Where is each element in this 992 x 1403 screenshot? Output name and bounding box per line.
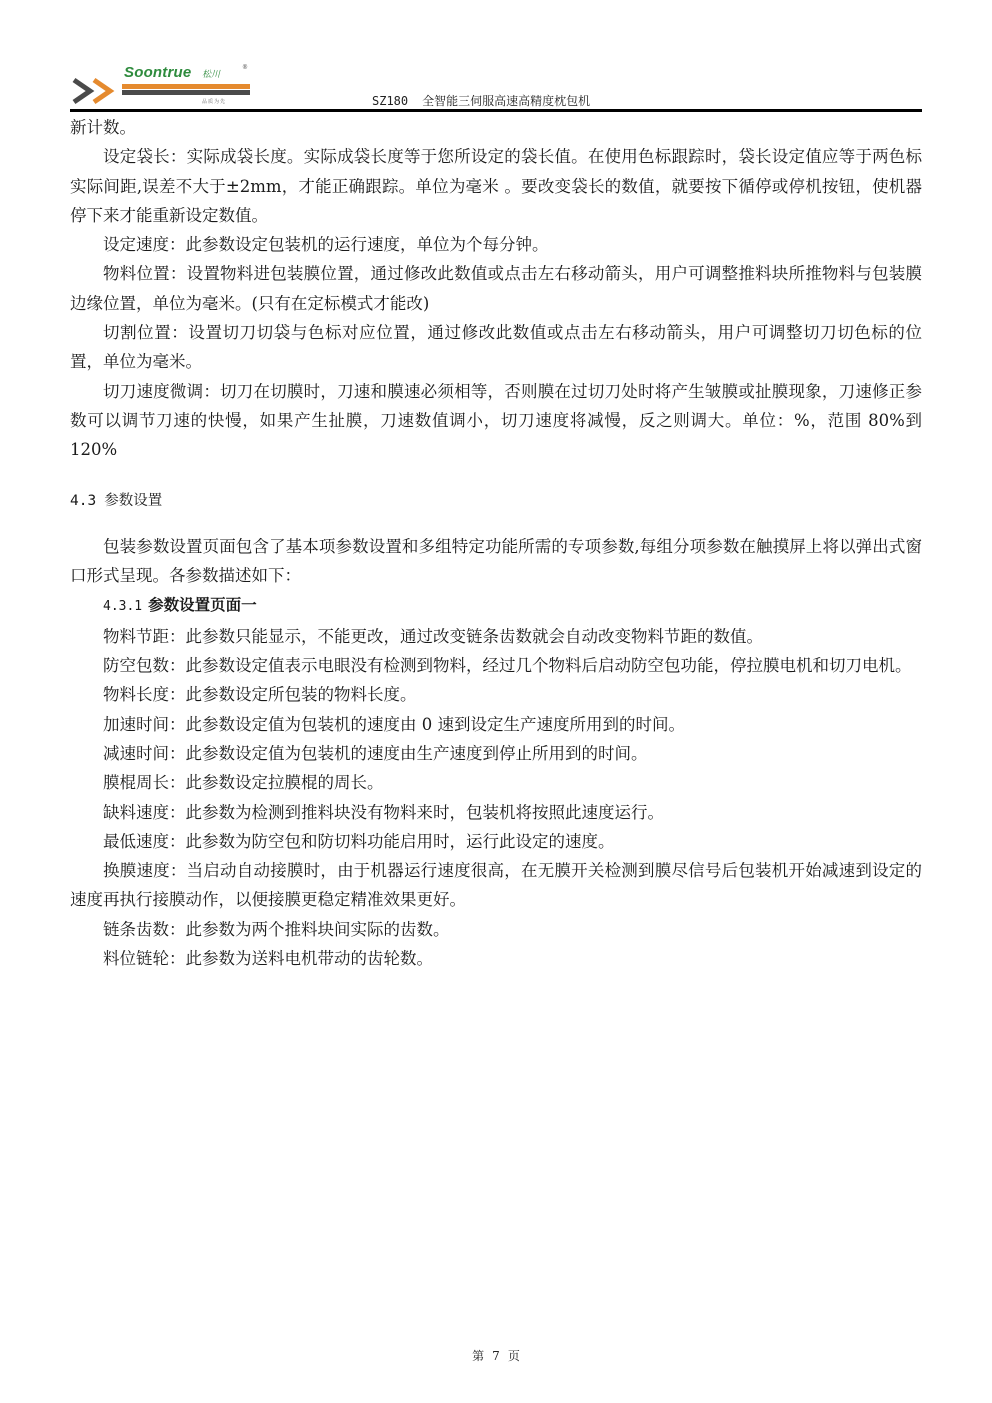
- param-chain-teeth: 链条齿数：此参数为两个推料块间实际的齿数。: [70, 915, 922, 944]
- logo-brand: Soontrue: [124, 64, 191, 81]
- document-title: SZ180全智能三伺服高速高精度枕包机: [372, 92, 590, 109]
- section-title: 参数设置: [104, 493, 162, 509]
- param-roller-circumference: 膜棍周长：此参数设定拉膜棍的周长。: [70, 768, 922, 797]
- param-anti-empty-count: 防空包数：此参数设定值表示电眼没有检测到物料，经过几个物料后启动防空包功能，停拉…: [70, 651, 922, 680]
- registered-mark: ®: [242, 64, 248, 71]
- section-intro: 包装参数设置页面包含了基本项参数设置和多组特定功能所需的专项参数,每组分项参数在…: [70, 532, 922, 591]
- paragraph-bag-length: 设定袋长：实际成袋长度。实际成袋长度等于您所设定的袋长值。在使用色标跟踪时，袋长…: [70, 142, 922, 230]
- subsection-heading: 4.3.1参数设置页面一: [70, 590, 922, 621]
- logo-tagline: 品质为先: [202, 98, 226, 105]
- param-material-length: 物料长度：此参数设定所包装的物料长度。: [70, 680, 922, 709]
- param-shortage-speed: 缺料速度：此参数为检测到推料块没有物料来时，包装机将按照此速度运行。: [70, 798, 922, 827]
- param-min-speed: 最低速度：此参数为防空包和防切料功能启用时，运行此设定的速度。: [70, 827, 922, 856]
- soontrue-logo: Soontrue 松川 ® 品质为先: [72, 64, 250, 108]
- paragraph-set-speed: 设定速度：此参数设定包装机的运行速度，单位为个每分钟。: [70, 230, 922, 259]
- logo-brand-cn: 松川: [202, 67, 220, 80]
- param-feed-sprocket: 料位链轮：此参数为送料电机带动的齿轮数。: [70, 944, 922, 973]
- paragraph-cut-position: 切割位置：设置切刀切袋与色标对应位置，通过修改此数值或点击左右移动箭头，用户可调…: [70, 318, 922, 377]
- paragraph-material-position: 物料位置：设置物料进包装膜位置，通过修改此数值或点击左右移动箭头，用户可调整推料…: [70, 259, 922, 318]
- page-header: Soontrue 松川 ® 品质为先 SZ180全智能三伺服高速高精度枕包机: [70, 62, 922, 110]
- chevron-logo-icon: [72, 76, 122, 106]
- machine-name: 全智能三伺服高速高精度枕包机: [422, 94, 590, 108]
- continuation-text: 新计数。: [70, 113, 922, 142]
- model-number: SZ180: [372, 94, 408, 108]
- logo-orange-bar: [122, 84, 250, 89]
- header-divider: [70, 109, 922, 112]
- page-number: 7: [492, 1349, 500, 1363]
- param-film-change-speed: 换膜速度：当启动自动接膜时，由于机器运行速度很高，在无膜开关检测到膜尽信号后包装…: [70, 856, 922, 915]
- param-accel-time: 加速时间：此参数设定值为包装机的速度由 0 速到设定生产速度所用到的时间。: [70, 710, 922, 739]
- page-prefix: 第: [472, 1349, 484, 1363]
- logo-gray-bar: [122, 90, 250, 95]
- param-decel-time: 减速时间：此参数设定值为包装机的速度由生产速度到停止所用到的时间。: [70, 739, 922, 768]
- page-suffix: 页: [508, 1349, 520, 1363]
- section-number: 4.3: [70, 493, 96, 509]
- document-body: 新计数。 设定袋长：实际成袋长度。实际成袋长度等于您所设定的袋长值。在使用色标跟…: [70, 113, 922, 973]
- section-heading: 4.3参数设置: [70, 487, 922, 516]
- page-footer: 第7页: [0, 1347, 992, 1364]
- param-material-pitch: 物料节距：此参数只能显示，不能更改，通过改变链条齿数就会自动改变物料节距的数值。: [70, 622, 922, 651]
- paragraph-cutter-speed-trim: 切刀速度微调：切刀在切膜时，刀速和膜速必须相等，否则膜在过切刀处时将产生皱膜或扯…: [70, 377, 922, 465]
- subsection-number: 4.3.1: [103, 599, 142, 614]
- subsection-title: 参数设置页面一: [148, 596, 257, 614]
